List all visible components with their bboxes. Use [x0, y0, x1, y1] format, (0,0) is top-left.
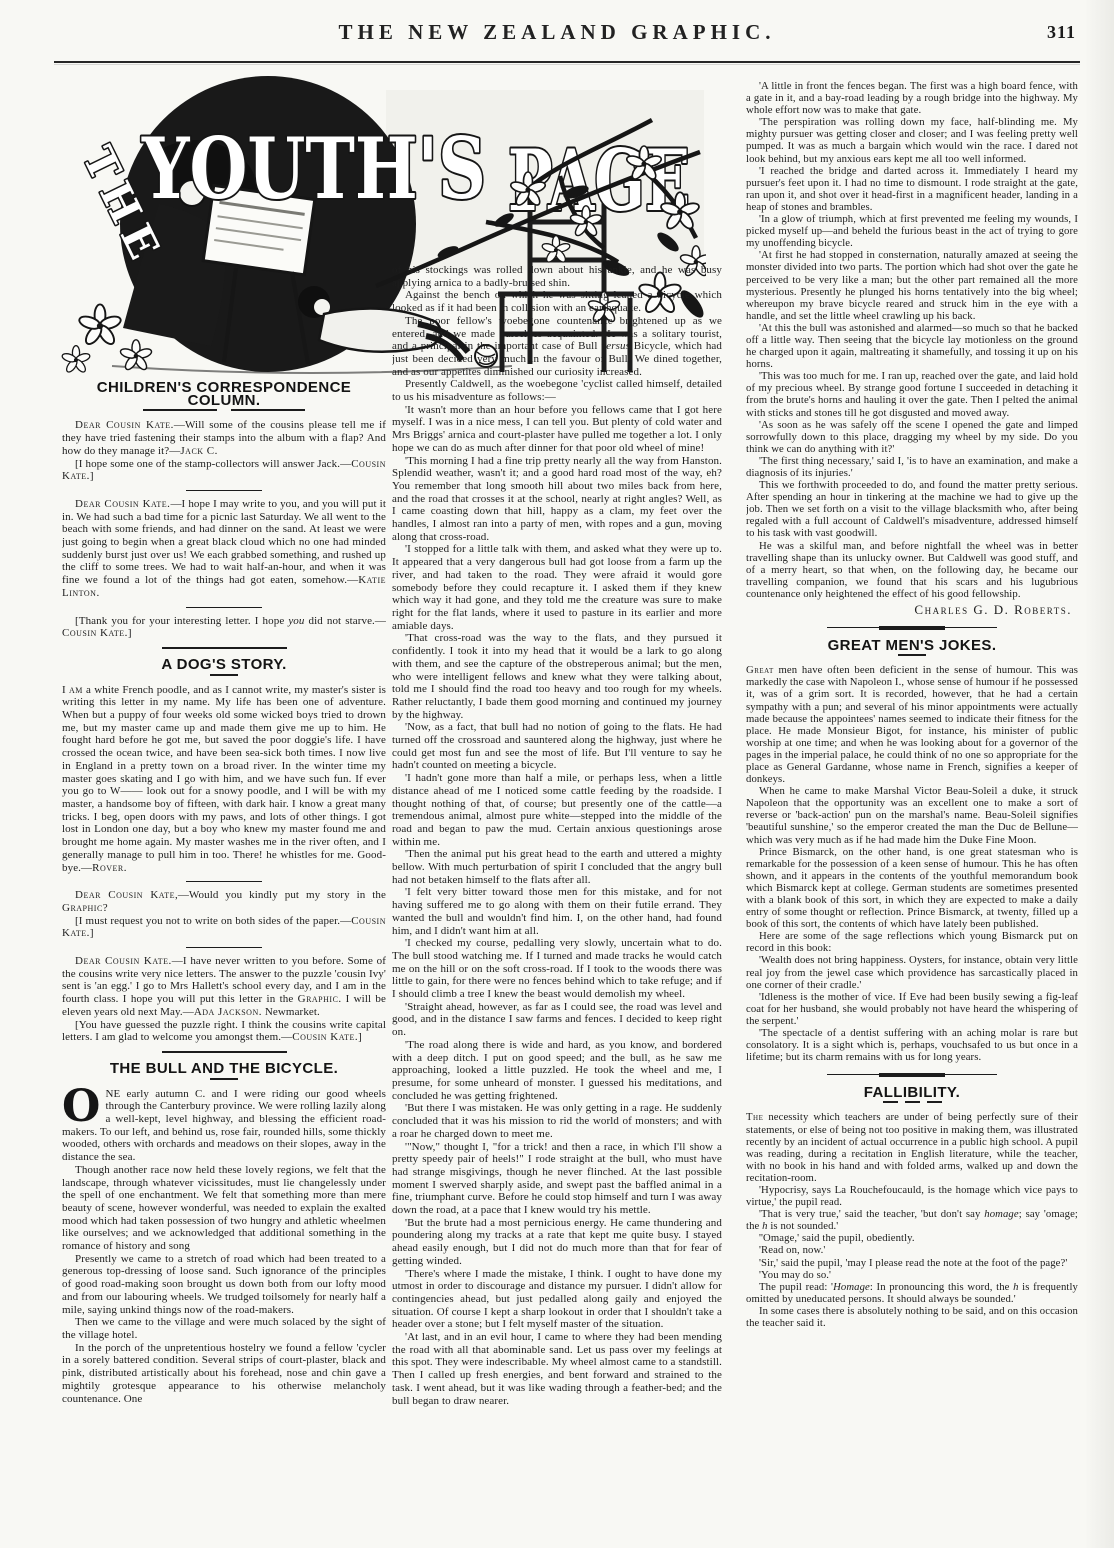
- paragraph: 'The spectacle of a dentist suffering wi…: [746, 1027, 1078, 1063]
- paragraph: 'The perspiration was rolling down my fa…: [746, 116, 1078, 164]
- article-heading: FALLIBILITY.: [746, 1087, 1078, 1099]
- paragraph: 'I stopped for a little talk with them, …: [392, 543, 722, 632]
- paragraph: I am a white French poodle, and as I can…: [62, 684, 386, 875]
- paragraph: '"Now," thought I, "for a trick! and the…: [392, 1141, 722, 1217]
- column-right: 'A little in front the fences began. The…: [746, 80, 1078, 1532]
- article-heading: GREAT MEN'S JOKES.: [746, 640, 1078, 652]
- paragraph: 'The road along there is wide and hard, …: [392, 1039, 722, 1103]
- paragraph: 'Hypocrisy, says La Rouchefoucauld, is t…: [746, 1184, 1078, 1208]
- section-separator: [186, 881, 262, 882]
- section-separator: [827, 1072, 997, 1077]
- paragraph: 'A little in front the fences began. The…: [746, 80, 1078, 116]
- section-separator: [186, 490, 262, 491]
- paragraph-dropcap: ONE early autumn C. and I were riding ou…: [62, 1088, 386, 1164]
- paragraph: Though another race now held these lovel…: [62, 1164, 386, 1253]
- article-heading: THE BULL AND THE BICYCLE.: [62, 1063, 386, 1076]
- section-separator: [186, 607, 262, 608]
- paragraph: Here are some of the sage reflections wh…: [746, 930, 1078, 954]
- column-middle: of his stockings was rolled down about h…: [392, 264, 722, 1532]
- paragraph: 'As soon as he was safely off the scene …: [746, 419, 1078, 455]
- paragraph: He was a skilful man, and before nightfa…: [746, 540, 1078, 600]
- newspaper-page: THE NEW ZEALAND GRAPHIC. 311: [0, 0, 1114, 1548]
- column-left: CHILDREN'S CORRESPONDENCE COLUMN.Dear Co…: [62, 382, 386, 1532]
- paragraph: 'Straight ahead, however, as far as I co…: [392, 1001, 722, 1039]
- paragraph: Dear Cousin Kate.—I have never written t…: [62, 955, 386, 1019]
- section-separator: [827, 625, 997, 630]
- article-heading: A DOG'S STORY.: [62, 659, 386, 672]
- section-separator: [162, 647, 287, 649]
- paragraph: 'The first thing necessary,' said I, 'is…: [746, 455, 1078, 479]
- paragraph: 'Sir,' said the pupil, 'may I please rea…: [746, 1257, 1078, 1269]
- paragraph: [I must request you not to write on both…: [62, 915, 386, 940]
- paragraph: In some cases there is absolutely nothin…: [746, 1305, 1078, 1329]
- paragraph: When he came to make Marshal Victor Beau…: [746, 785, 1078, 845]
- paragraph: Presently we came to a stretch of road w…: [62, 1253, 386, 1317]
- paragraph: 'Then the animal put his great head to t…: [392, 848, 722, 886]
- paragraph: Presently Caldwell, as the woebegone 'cy…: [392, 378, 722, 403]
- paragraph: The poor fellow's woebegone countenance …: [392, 315, 722, 379]
- paragraph: 'This morning I had a fine trip pretty n…: [392, 455, 722, 544]
- heading-rule: [746, 1101, 1078, 1103]
- heading-rule: [62, 674, 386, 676]
- heading-rule: [62, 409, 386, 411]
- drop-cap: O: [62, 1088, 105, 1125]
- paragraph: [Thank you for your interesting letter. …: [62, 615, 386, 640]
- paragraph: 'I felt very bitter toward those men for…: [392, 886, 722, 937]
- paragraph: The pupil read: 'Homage: In pronouncing …: [746, 1281, 1078, 1305]
- paragraph: 'Wealth does not bring happiness. Oyster…: [746, 954, 1078, 990]
- paragraph: ''Omage,' said the pupil, obediently.: [746, 1232, 1078, 1244]
- paragraph: 'At last, and in an evil hour, I came to…: [392, 1331, 722, 1407]
- section-separator: [162, 1051, 287, 1053]
- author-byline: Charles G. D. Roberts.: [746, 604, 1072, 616]
- paragraph: 'That cross-road was the way to the flat…: [392, 632, 722, 721]
- section-separator: [186, 947, 262, 948]
- paragraph: 'You may do so.': [746, 1269, 1078, 1281]
- page-number: 311: [1047, 22, 1076, 43]
- paragraph: 'At first he had stopped in consternatio…: [746, 249, 1078, 322]
- publication-title: THE NEW ZEALAND GRAPHIC.: [0, 20, 1114, 45]
- paragraph: 'But the brute had a most pernicious ene…: [392, 1217, 722, 1268]
- paragraph: 'But there I was mistaken. He was only g…: [392, 1102, 722, 1140]
- paragraph: In the porch of the unpretentious hostel…: [62, 1342, 386, 1406]
- paragraph: 'Idleness is the mother of vice. If Eve …: [746, 991, 1078, 1027]
- paragraph: Then we came to the village and were muc…: [62, 1316, 386, 1341]
- paragraph: [I hope some one of the stamp-collectors…: [62, 458, 386, 483]
- paragraph: 'This was too much for me. I ran up, rea…: [746, 370, 1078, 418]
- paragraph: 'I hadn't gone more than half a mile, or…: [392, 772, 722, 848]
- header-rule: [54, 61, 1080, 65]
- paragraph: Prince Bismarck, on the other hand, is o…: [746, 846, 1078, 931]
- paragraph: Dear Cousin Kate.—I hope I may write to …: [62, 498, 386, 600]
- paragraph: 'I checked my course, pedalling very slo…: [392, 937, 722, 1001]
- paragraph: This we forthwith proceeded to do, and f…: [746, 479, 1078, 539]
- paragraph: 'That is very true,' said the teacher, '…: [746, 1208, 1078, 1232]
- paragraph: Dear Cousin Kate,—Would you kindly put m…: [62, 889, 386, 914]
- paragraph: [You have guessed the puzzle right. I th…: [62, 1019, 386, 1044]
- paragraph: 'I reached the bridge and darted across …: [746, 165, 1078, 213]
- paragraph: 'At this the bull was astonished and ala…: [746, 322, 1078, 370]
- paragraph: 'Read on, now.': [746, 1244, 1078, 1256]
- paragraph: 'There's where I made the mistake, I thi…: [392, 1268, 722, 1332]
- heading-rule: [62, 1078, 386, 1080]
- paragraph: 'Now, as a fact, that bull had no notion…: [392, 721, 722, 772]
- masthead-title-youths: YOUTH'S: [141, 119, 486, 218]
- paragraph: The necessity which teachers are under o…: [746, 1111, 1078, 1184]
- paragraph: 'It wasn't more than an hour before you …: [392, 404, 722, 455]
- paragraph: of his stockings was rolled down about h…: [392, 264, 722, 289]
- paragraph: Against the bench on which he was sittin…: [392, 289, 722, 314]
- heading-rule: [746, 654, 1078, 656]
- paragraph: Dear Cousin Kate.—Will some of the cousi…: [62, 419, 386, 457]
- article-heading: CHILDREN'S CORRESPONDENCE COLUMN.: [62, 382, 386, 407]
- paragraph: Great men have often been deficient in t…: [746, 664, 1078, 785]
- paragraph: 'In a glow of triumph, which at first pr…: [746, 213, 1078, 249]
